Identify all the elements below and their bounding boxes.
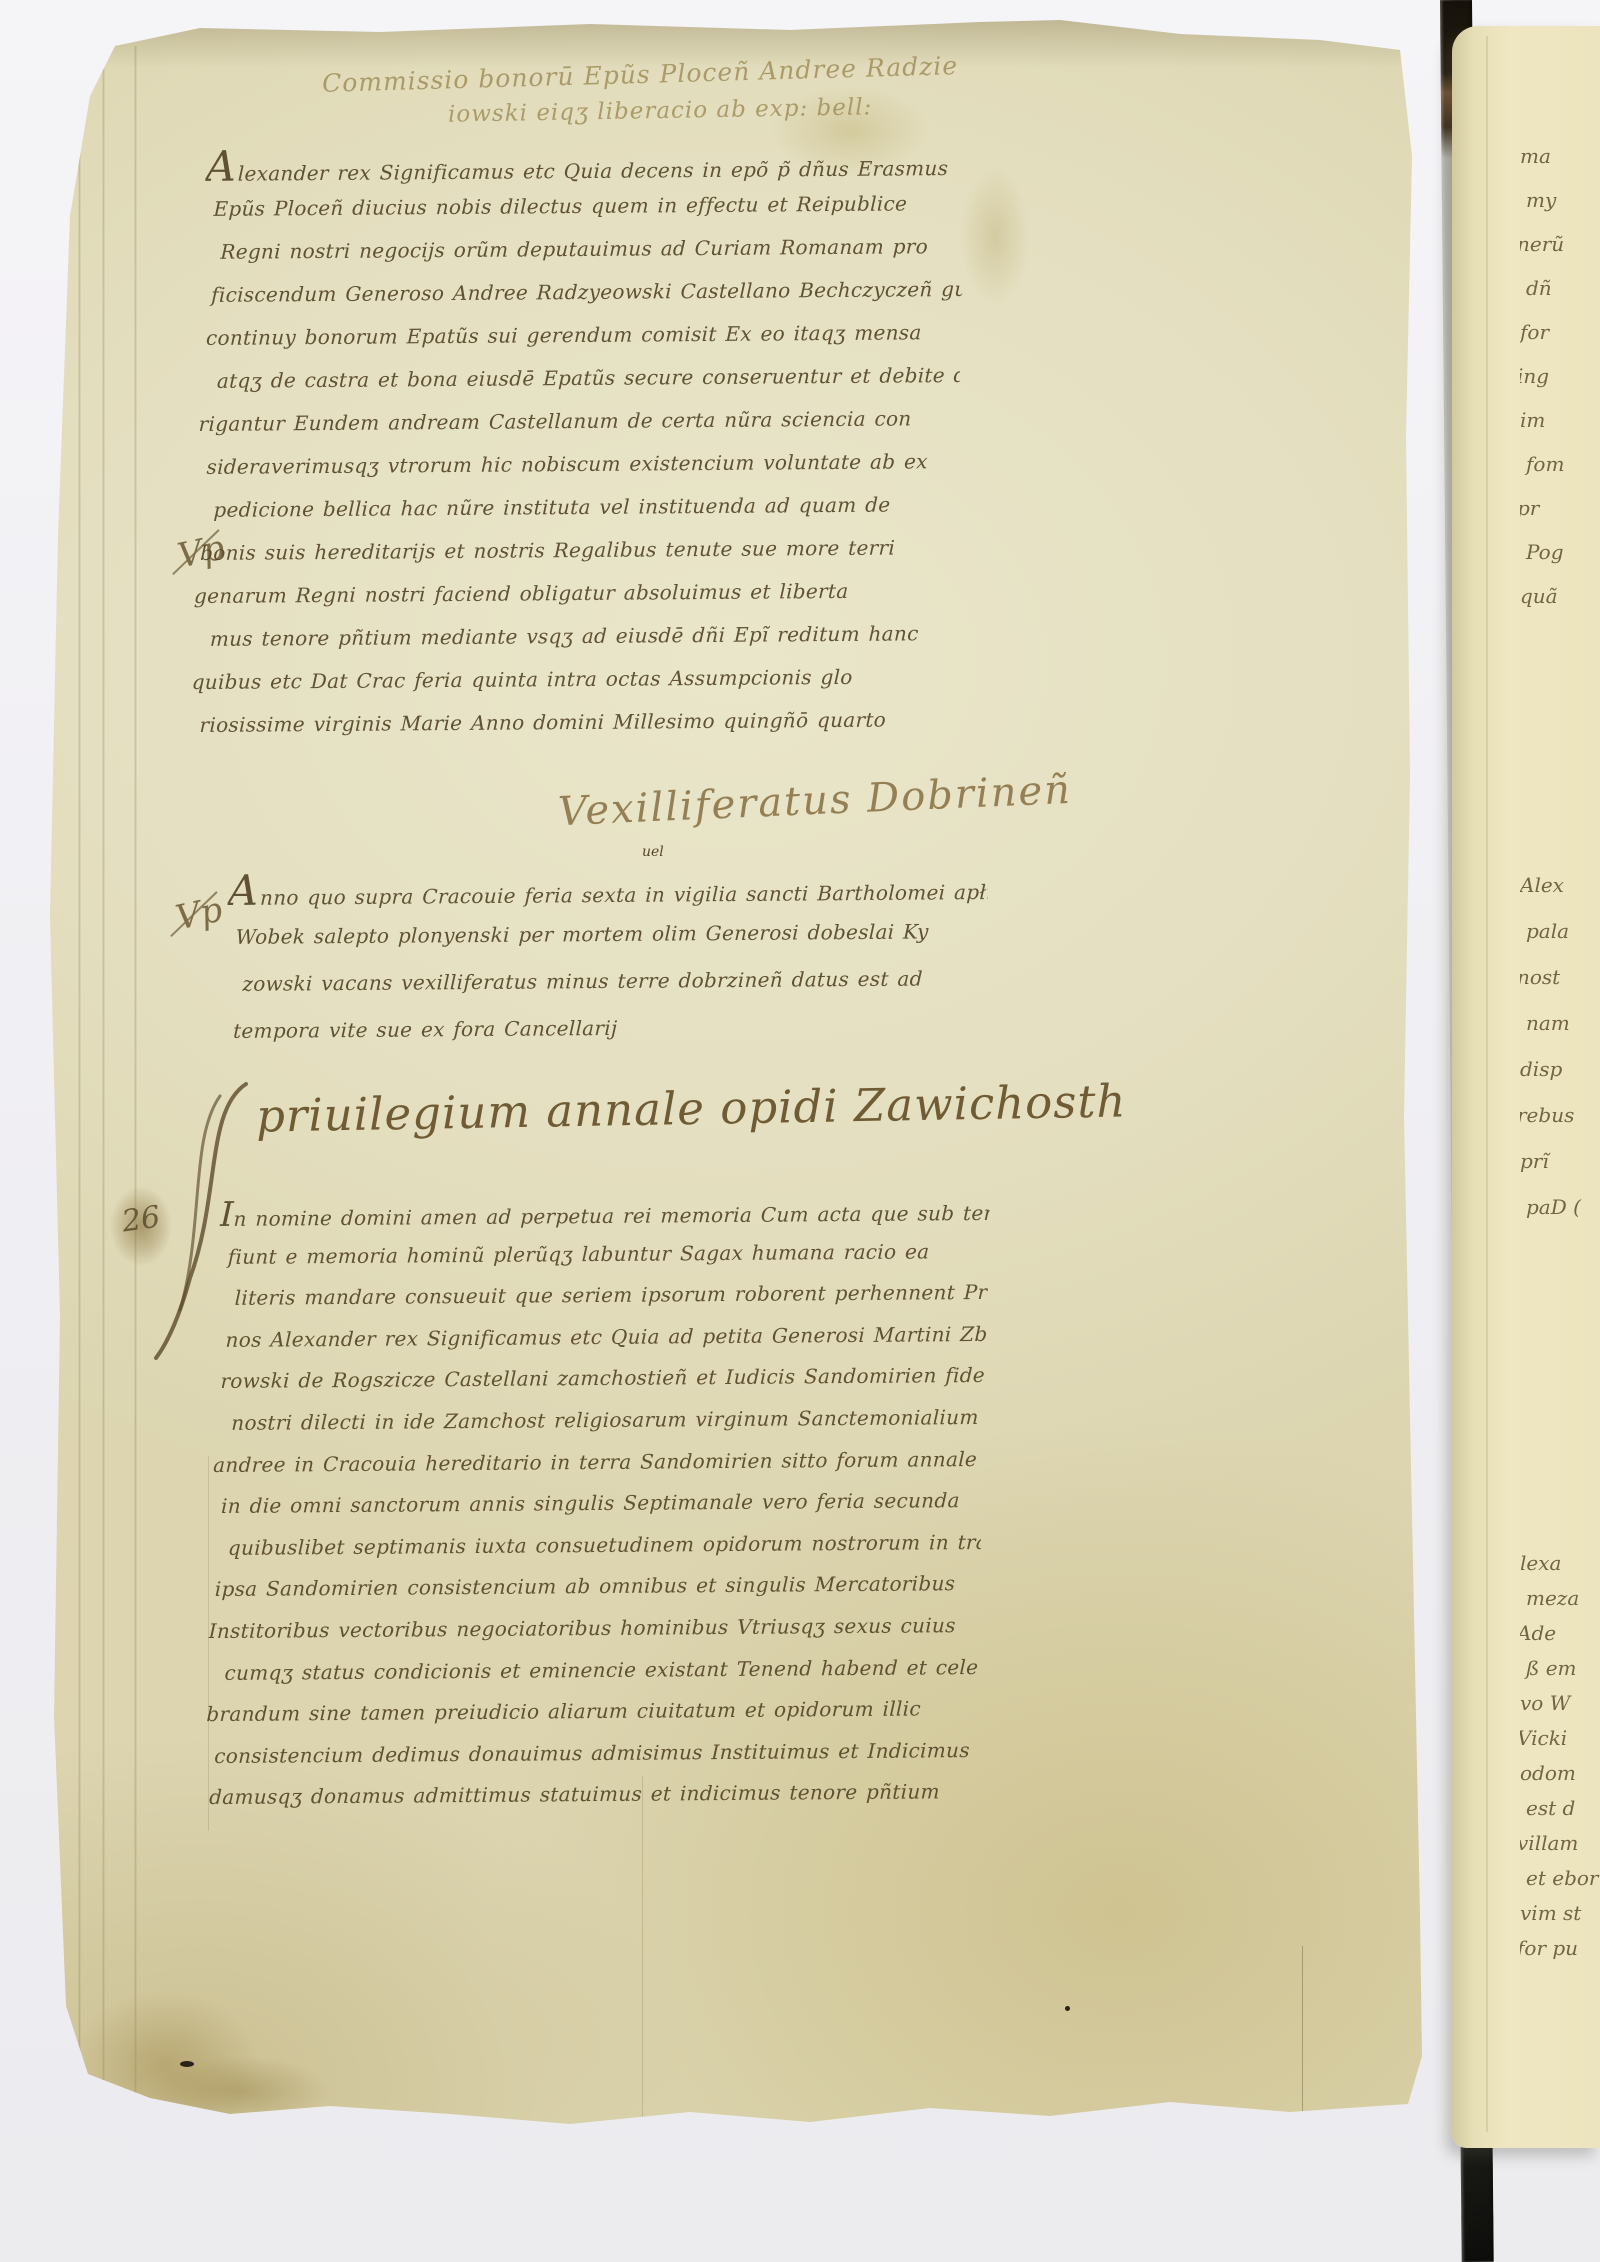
text-fragment: nerũ xyxy=(1520,222,1600,266)
text-fragment: est d xyxy=(1526,1791,1600,1826)
text-fragment: disp xyxy=(1520,1046,1600,1092)
manuscript-line: riosissime virginis Marie Anno domini Mi… xyxy=(199,698,951,747)
text-fragment: quã xyxy=(1520,574,1600,618)
text-fragment: Pog xyxy=(1526,530,1600,574)
manuscript-line: andree in Cracouia hereditario in terra … xyxy=(213,1439,984,1487)
facing-page-leaf-edge xyxy=(1486,36,1488,2132)
entry3-heading: priuilegium annale opidi Zawichosth xyxy=(256,1074,1127,1142)
text-fragment: odom xyxy=(1520,1756,1600,1791)
foxing-stain xyxy=(960,166,1030,306)
text-fragment: Ade xyxy=(1520,1616,1600,1651)
manuscript-line: consistencium dedimus donauimus admisimu… xyxy=(214,1730,976,1778)
manuscript-line: Alexander rex Significamus etc Quia dece… xyxy=(205,139,966,188)
manuscript-line: quibuslibet septimanis iuxta consuetudin… xyxy=(227,1522,981,1570)
manuscript-line: quibus etc Dat Crac feria quinta intra o… xyxy=(191,655,952,704)
facing-page-text-fragments-bottom: lexamezaAdeß emvo WVickiodomest dvillame… xyxy=(1520,1546,1600,1971)
manuscript-line: genarum Regni nostri faciend obligatur a… xyxy=(193,569,954,618)
manuscript-line: in die omni sanctorum annis singulis Sep… xyxy=(221,1480,983,1528)
entry1-text-block: Alexander rex Significamus etc Quia dece… xyxy=(190,139,967,757)
text-fragment: my xyxy=(1526,178,1600,222)
manuscript-line: rigantur Eundem andream Castellanum de c… xyxy=(198,397,959,446)
text-fragment: rebus xyxy=(1520,1092,1600,1138)
manuscript-line: fiunt e memoria hominũ plerũqʒ labuntur … xyxy=(227,1231,989,1279)
manuscript-line: literis mandare consueuit que seriem ips… xyxy=(234,1272,988,1320)
ink-speck xyxy=(180,2061,194,2067)
facing-page-text-fragments-top: mamynerũdñforingimfomprPogquã xyxy=(1520,134,1600,624)
margin-mark-entry2: Vp xyxy=(172,890,226,939)
text-fragment: ß em xyxy=(1526,1651,1600,1686)
text-fragment: prĩ xyxy=(1520,1138,1600,1184)
text-fragment: et ebor xyxy=(1526,1861,1600,1896)
manuscript-line: zowski vacans vexilliferatus minus terre… xyxy=(242,955,986,1008)
text-fragment: lexa xyxy=(1520,1546,1600,1581)
text-fragment: im xyxy=(1520,398,1600,442)
text-fragment: pr xyxy=(1520,486,1600,530)
manuscript-line: ipsa Sandomirien consistencium ab omnibu… xyxy=(214,1563,980,1611)
text-fragment: meza xyxy=(1526,1581,1600,1616)
interlinear-correction: uel xyxy=(642,844,664,860)
text-fragment: dñ xyxy=(1526,266,1600,310)
manuscript-line: Epũs Ploceñ diucius nobis dilectus quem … xyxy=(213,182,965,231)
text-fragment: vo W xyxy=(1520,1686,1600,1721)
manuscript-line: cumqʒ status condicionis et eminencie ex… xyxy=(224,1647,978,1695)
text-fragment: ma xyxy=(1520,134,1600,178)
text-fragment: for xyxy=(1520,310,1600,354)
manuscript-page: Commissio bonorū Epũs Ploceñ Andree Radz… xyxy=(30,16,1428,2171)
left-edge-crease xyxy=(78,76,81,2076)
ink-speck xyxy=(1065,2006,1070,2011)
fold-line xyxy=(642,1776,643,2156)
manuscript-line: nos Alexander rex Significamus etc Quia … xyxy=(225,1314,987,1362)
facing-page-text-fragments-middle: AlexpalanostnamdisprebusprĩpaD ( xyxy=(1520,862,1600,1237)
manuscript-line: damusqʒ donamus admittimus statuimus et … xyxy=(209,1771,975,1819)
text-fragment: for pu xyxy=(1520,1931,1600,1966)
text-fragment: vim st xyxy=(1520,1896,1600,1931)
facing-page-edge: mamynerũdñforingimfomprPogquã Alexpalano… xyxy=(1452,26,1600,2148)
left-edge-crease xyxy=(134,46,137,2096)
manuscript-line: nostri dilecti in ide Zamchost religiosa… xyxy=(231,1397,985,1445)
manuscript-line: atqʒ de castra et bona eiusdē Epatũs sec… xyxy=(216,354,960,403)
manuscript-scan: Commissio bonorū Epũs Ploceñ Andree Radz… xyxy=(0,0,1600,2262)
corner-wear xyxy=(150,2056,330,2126)
text-fragment: paD ( xyxy=(1526,1184,1600,1230)
text-fragment: ing xyxy=(1520,354,1600,398)
manuscript-line: ficiscendum Generoso Andree Radzyeowski … xyxy=(211,268,963,317)
manuscript-line: Wobek salepto plonyenski per mortem olim… xyxy=(235,908,987,961)
text-fragment: fom xyxy=(1526,442,1600,486)
manuscript-line: continuy bonorum Epatũs sui gerendum com… xyxy=(205,311,961,360)
manuscript-line: tempora vite sue ex fora Cancellarij xyxy=(232,1002,984,1055)
manuscript-line: brandum sine tamen preiudicio aliarum ci… xyxy=(206,1688,977,1736)
manuscript-line: Institoribus vectoribus negociatoribus h… xyxy=(208,1605,979,1653)
manuscript-line: Anno quo supra Cracouie feria sexta in v… xyxy=(227,861,988,914)
text-fragment: villam xyxy=(1520,1826,1600,1861)
manuscript-line: bonis suis hereditarijs et nostris Regal… xyxy=(200,526,956,575)
text-fragment: Alex xyxy=(1520,862,1600,908)
entry2-heading: Vexilliferatus Dobrineñ xyxy=(557,767,1073,835)
entry3-text-block: In nomine domini amen ad perpetua rei me… xyxy=(203,1189,990,1825)
manuscript-line: mus tenore pñtium mediante vsqʒ ad eiusd… xyxy=(209,612,953,661)
text-fragment: nam xyxy=(1526,1000,1600,1046)
manuscript-line: sideraverimusqʒ vtrorum hic nobiscum exi… xyxy=(206,440,958,489)
manuscript-line: Regni nostri negocijs orũm deputauimus a… xyxy=(220,225,964,274)
manuscript-line: In nomine domini amen ad perpetua rei me… xyxy=(219,1189,990,1237)
manuscript-line: pedicione bellica hac nũre instituta vel… xyxy=(213,483,957,532)
manuscript-line: rowski de Rogszicze Castellani zamchosti… xyxy=(220,1355,986,1403)
text-fragment: Vicki xyxy=(1520,1721,1600,1756)
text-fragment: nost xyxy=(1520,954,1600,1000)
entry2-text-block: Anno quo supra Cracouie feria sexta in v… xyxy=(223,861,988,1057)
margin-mark-entry3: 26 xyxy=(120,1200,163,1240)
fold-line xyxy=(1302,1946,1303,2161)
left-edge-crease xyxy=(102,56,105,2086)
text-fragment: pala xyxy=(1526,908,1600,954)
header-annotation-line2: iowski eiqʒ liberacio ab exp: bell: xyxy=(448,94,873,127)
